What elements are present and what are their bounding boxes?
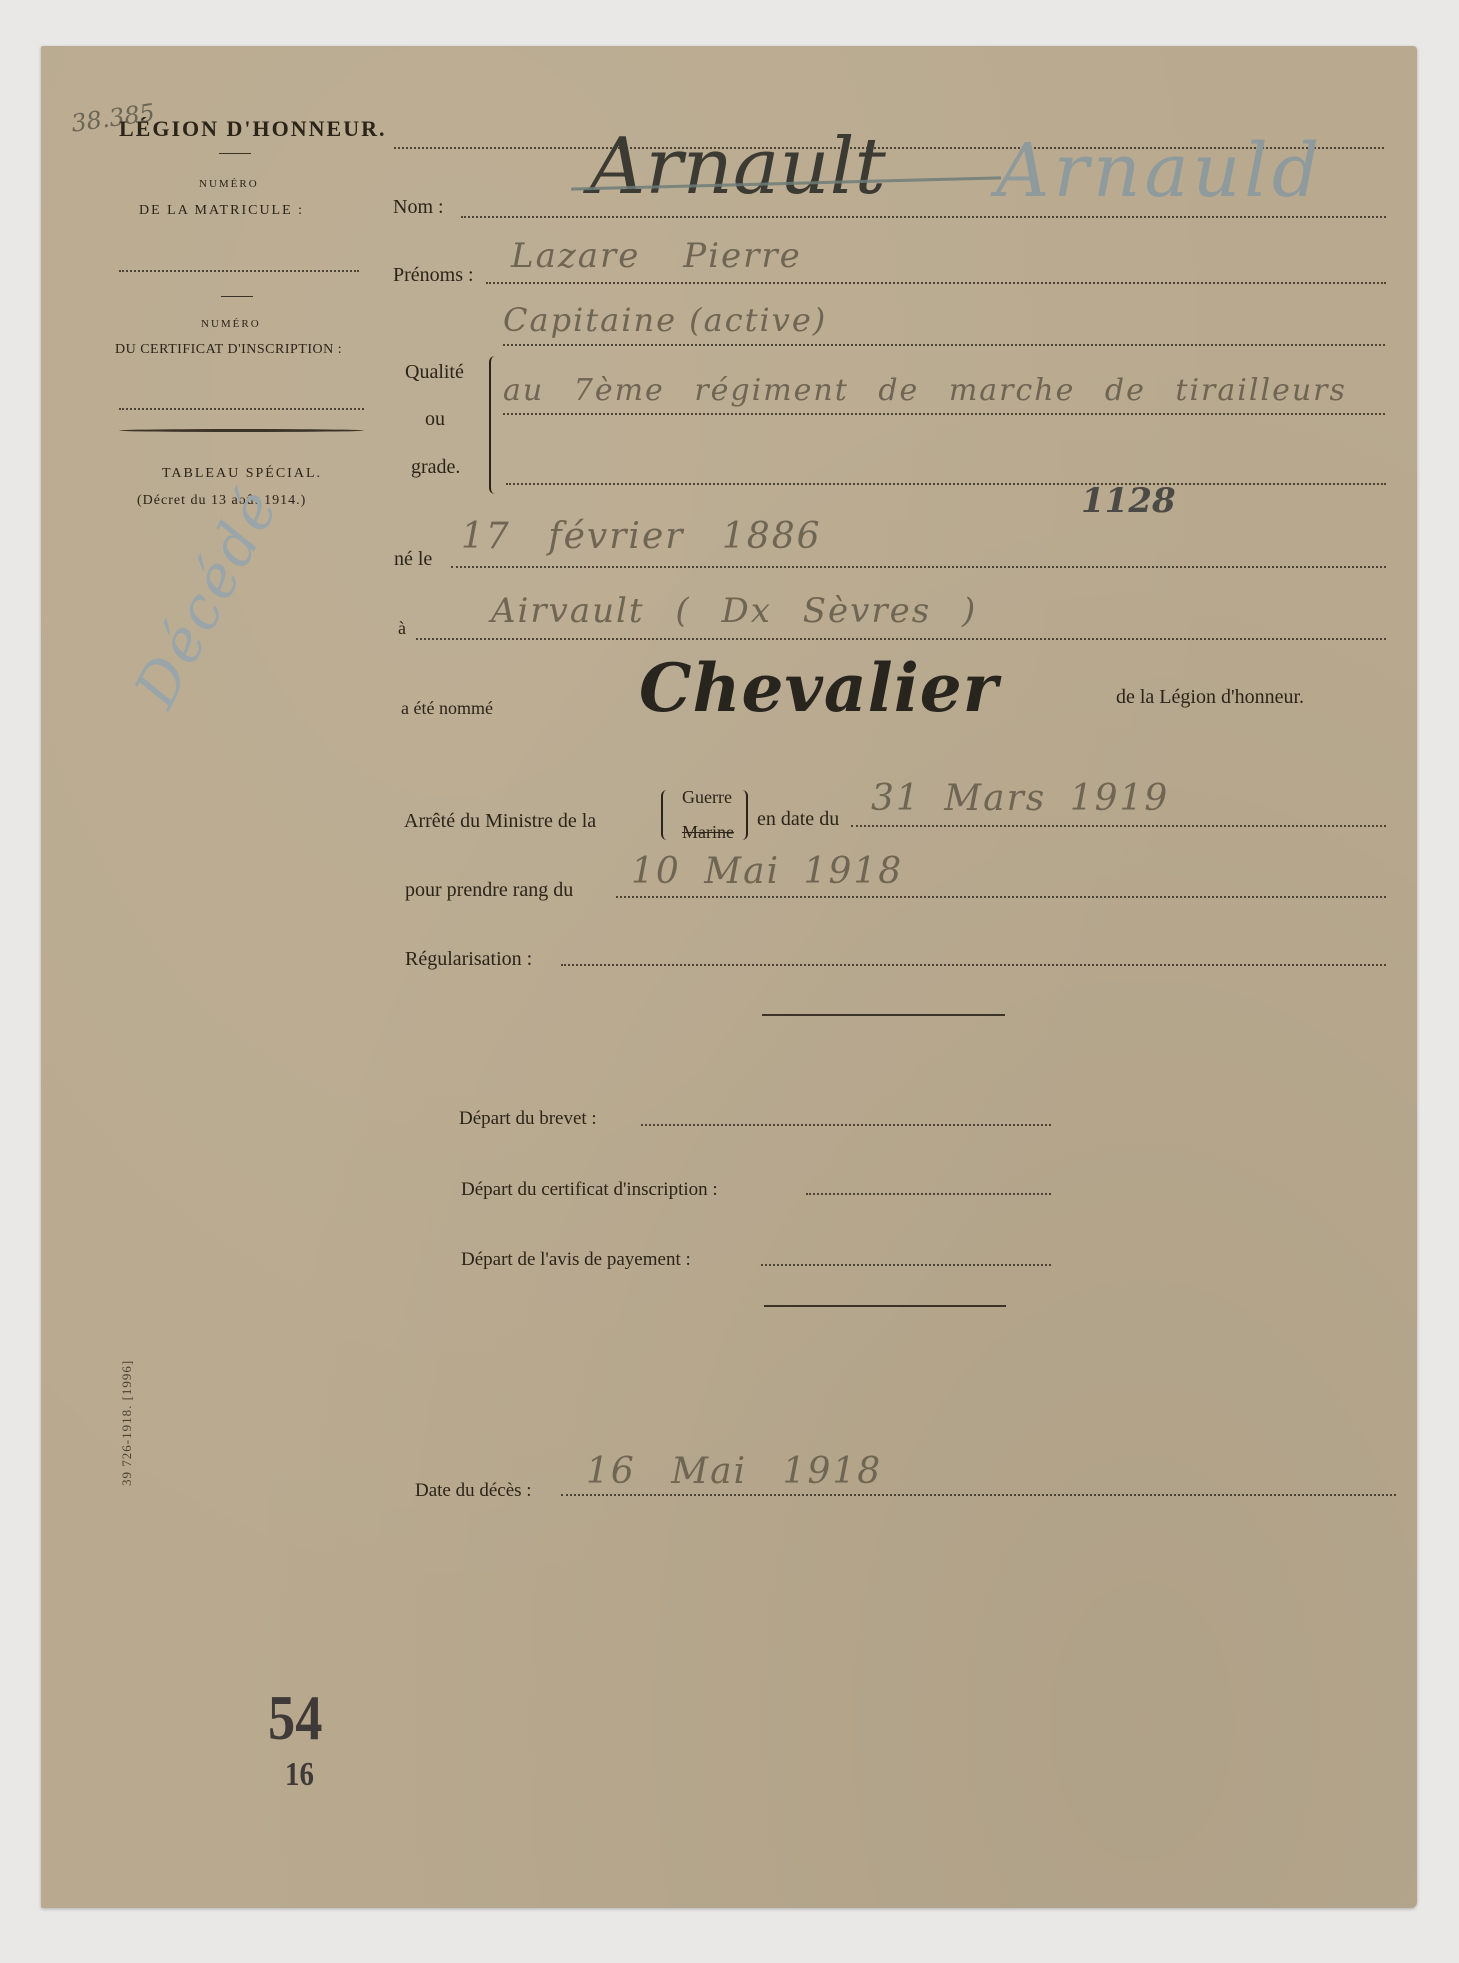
prenoms-field-line[interactable] — [486, 282, 1386, 284]
section-separator-2 — [764, 1305, 1006, 1307]
depart-brevet-field[interactable] — [641, 1124, 1051, 1126]
matricule-label-top: NUMÉRO — [199, 178, 259, 190]
ne-le-field-line[interactable] — [451, 566, 1386, 568]
nom-label: Nom : — [393, 196, 444, 219]
tableau-special-label: TABLEAU SPÉCIAL. — [162, 466, 322, 482]
regularisation-label: Régularisation : — [405, 948, 532, 971]
lieu-label: à — [398, 618, 406, 639]
qualite-value-2: au 7ème régiment de marche de tirailleur… — [503, 373, 1347, 408]
qualite-line-3[interactable] — [506, 483, 1386, 485]
rang-field-line[interactable] — [616, 896, 1386, 898]
qualite-value-1: Capitaine (active) — [503, 301, 827, 339]
ministere-option-marine: Marine — [682, 822, 734, 843]
arrete-date-field-line[interactable] — [851, 825, 1386, 827]
prenoms-value: Lazare Pierre — [511, 236, 802, 276]
ne-le-value: 17 février 1886 — [461, 516, 822, 557]
depart-avis-label: Départ de l'avis de payement : — [461, 1249, 691, 1271]
stamp-54: 54 — [268, 1681, 322, 1755]
matricule-label: DE LA MATRICULE : — [139, 203, 304, 219]
arrete-date-value: 31 Mars 1919 — [871, 778, 1169, 819]
matricule-divider — [221, 296, 253, 297]
section-separator-1 — [762, 1014, 1005, 1016]
arrete-label: Arrêté du Ministre de la — [404, 810, 596, 833]
legion-suffix: de la Légion d'honneur. — [1116, 686, 1304, 709]
depart-avis-field[interactable] — [761, 1264, 1051, 1266]
ministere-brace-right — [738, 790, 748, 840]
depart-certificat-field[interactable] — [806, 1193, 1051, 1195]
regularisation-field-line[interactable] — [561, 964, 1386, 966]
qualite-line-1[interactable] — [503, 344, 1385, 346]
title-divider — [219, 153, 251, 154]
deces-field-line[interactable] — [561, 1494, 1396, 1496]
certificat-divider — [119, 429, 364, 432]
ministere-brace-left — [661, 790, 671, 840]
pencil-note-decede: Décédé — [121, 477, 292, 718]
grade-chevalier: Chevalier — [639, 649, 999, 727]
qualite-line-2[interactable] — [503, 413, 1385, 415]
nom-correction: Arnauld — [996, 134, 1323, 208]
certificat-field[interactable] — [119, 408, 364, 410]
rang-label: pour prendre rang du — [405, 879, 573, 902]
certificat-label: DU CERTIFICAT D'INSCRIPTION : — [115, 342, 342, 358]
nom-field-line[interactable] — [461, 216, 1386, 218]
annotation-mark: 1128 — [1081, 481, 1176, 521]
grade-label: grade. — [411, 456, 460, 479]
ministere-option-guerre: Guerre — [682, 787, 732, 808]
lieu-value: Airvault ( Dx Sèvres ) — [491, 591, 977, 631]
nomme-label: a été nommé — [401, 698, 493, 719]
matricule-field[interactable] — [119, 270, 359, 272]
form-title: LÉGION D'HONNEUR. — [119, 116, 386, 142]
legion-honneur-form: 38.385 LÉGION D'HONNEUR. NUMÉRO DE LA MA… — [41, 46, 1417, 1908]
stamp-16: 16 — [285, 1756, 314, 1794]
arrete-date-label: en date du — [757, 808, 839, 831]
ou-label: ou — [425, 408, 445, 431]
printer-imprint: 39 726-1918. [1996] — [119, 1360, 135, 1486]
prenoms-label: Prénoms : — [393, 264, 474, 287]
ne-le-label: né le — [394, 548, 432, 571]
deces-value: 16 Mai 1918 — [586, 1451, 882, 1492]
depart-certificat-label: Départ du certificat d'inscription : — [461, 1179, 718, 1201]
nom-value-struck: Arnault — [589, 128, 886, 206]
qualite-label: Qualité — [405, 361, 464, 384]
certificat-label-top: NUMÉRO — [201, 318, 261, 330]
qualite-brace — [489, 356, 499, 494]
lieu-field-line[interactable] — [416, 638, 1386, 640]
deces-label: Date du décès : — [415, 1480, 532, 1502]
rang-value: 10 Mai 1918 — [631, 851, 903, 892]
depart-brevet-label: Départ du brevet : — [459, 1108, 597, 1130]
